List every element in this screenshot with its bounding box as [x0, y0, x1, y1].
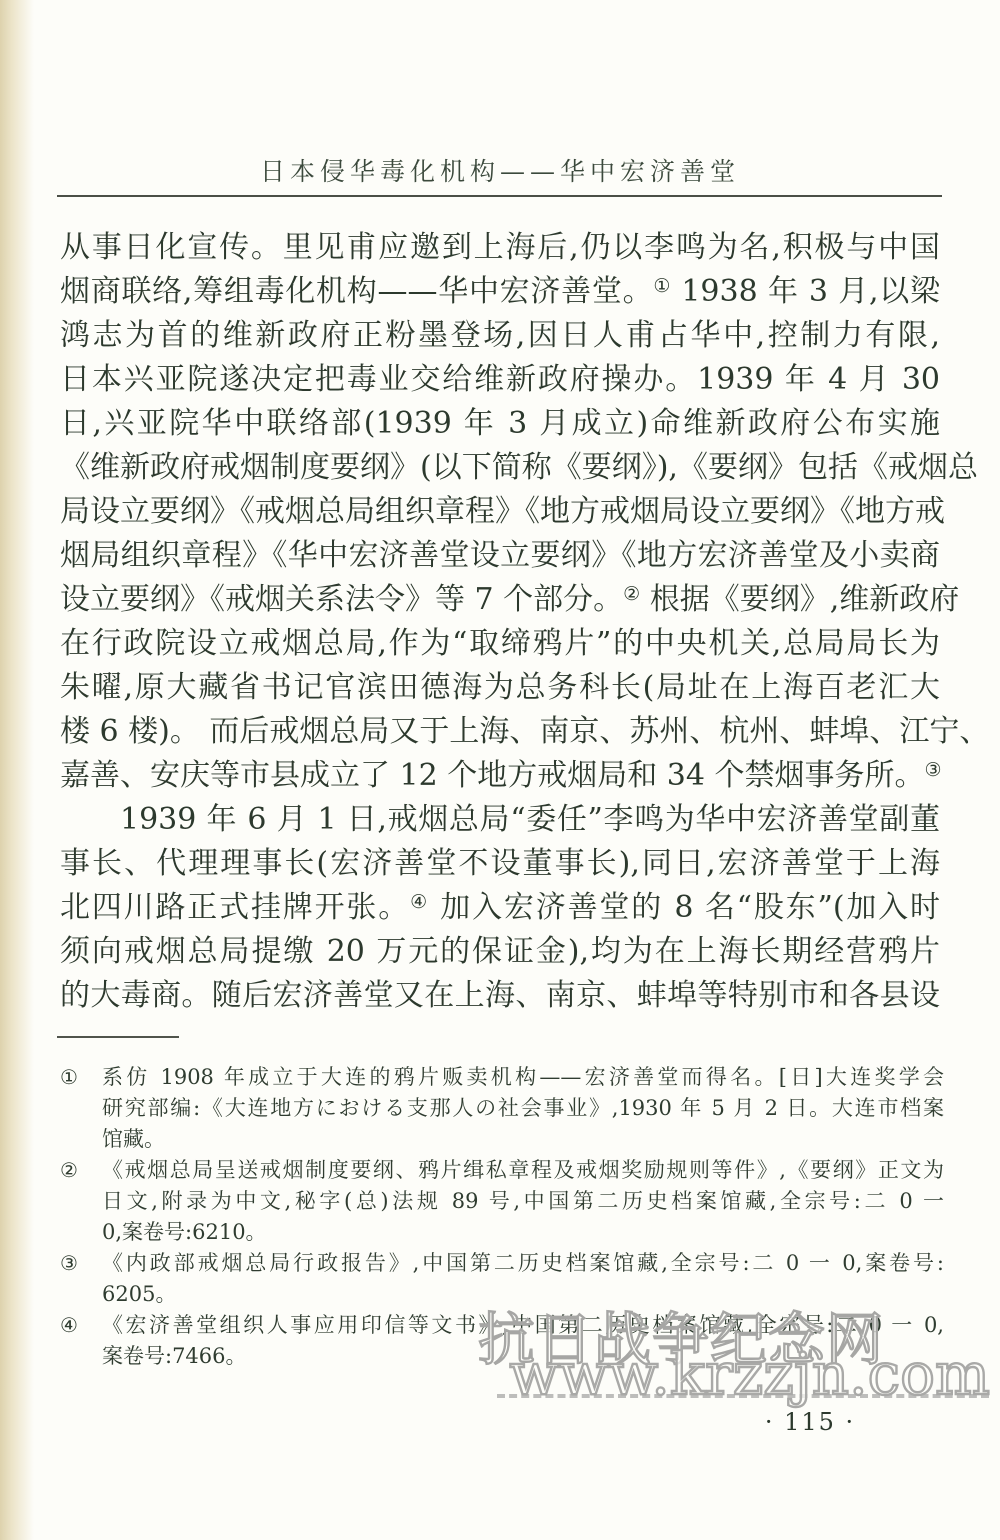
- footnote-line: 日文,附录为中文,秘字(总)法规 89 号,中国第二历史档案馆藏,全宗号:二 0…: [102, 1186, 944, 1217]
- footnote-line: 研究部编:《大连地方における支那人の社会事业》,1930 年 5 月 2 日。大…: [102, 1093, 944, 1124]
- footnote-marker: ②: [60, 1155, 90, 1186]
- header-rule-line: [57, 195, 942, 197]
- page-number: · 115 ·: [760, 1408, 860, 1436]
- footnote-marker: ④: [60, 1310, 90, 1341]
- body-line: 日,兴亚院华中联络部(1939 年 3 月成立)命维新政府公布实施: [60, 402, 940, 446]
- body-line: 的大毒商。随后宏济善堂又在上海、南京、蚌埠等特别市和各县设: [60, 974, 940, 1018]
- footnote-line: 《内政部戒烟总局行政报告》,中国第二历史档案馆藏,全宗号:二 0 一 0,案卷号…: [102, 1248, 944, 1279]
- body-line: 事长、代理理事长(宏济善堂不设董事长),同日,宏济善堂于上海: [60, 842, 940, 886]
- scan-edge-strip: [0, 0, 34, 1540]
- book-page: 日本侵华毒化机构——华中宏济善堂 从事日化宣传。里见甫应邀到上海后,仍以李鸣为名…: [0, 0, 1000, 1540]
- footnote-line: 馆藏。: [102, 1124, 944, 1155]
- footnote-ref-mark: ④: [410, 891, 429, 913]
- body-line: 局设立要纲》《戒烟总局组织章程》《地方戒烟局设立要纲》《地方戒: [60, 490, 940, 534]
- body-line: 须向戒烟总局提缴 20 万元的保证金),均为在上海长期经营鸦片: [60, 930, 940, 974]
- body-line: 在行政院设立戒烟总局,作为“取缔鸦片”的中央机关,总局局长为: [60, 622, 940, 666]
- footnote-line: 系仿 1908 年成立于大连的鸦片贩卖机构——宏济善堂而得名。[日]大连奖学会: [102, 1062, 944, 1093]
- footnote-ref-mark: ①: [653, 275, 671, 297]
- body-line: 1939 年 6 月 1 日,戒烟总局“委任”李鸣为华中宏济善堂副董: [60, 798, 940, 842]
- footnote-separator-line: [57, 1036, 179, 1038]
- footnote-marker: ③: [60, 1248, 90, 1279]
- body-line: 楼 6 楼)。 而后戒烟总局又于上海、南京、苏州、杭州、蚌埠、江宁、: [60, 710, 940, 754]
- footnote-ref-mark: ③: [925, 759, 942, 781]
- body-line: 设立要纲》《戒烟关系法令》等 7 个部分。② 根据《要纲》,维新政府: [60, 578, 940, 622]
- footnote-line: 《戒烟总局呈送戒烟制度要纲、鸦片缉私章程及戒烟奖励规则等件》,《要纲》正文为: [102, 1155, 944, 1186]
- footnote-marker: ①: [60, 1062, 90, 1093]
- footnote-line: 0,案卷号:6210。: [102, 1217, 944, 1248]
- body-line: 《维新政府戒烟制度要纲》(以下简称《要纲》),《要纲》包括《戒烟总: [60, 446, 940, 490]
- footnote-ref-mark: ②: [623, 583, 640, 605]
- running-header-title: 日本侵华毒化机构——华中宏济善堂: [60, 152, 940, 188]
- body-line: 鸿志为首的维新政府正粉墨登场,因日人甫占华中,控制力有限,: [60, 314, 940, 358]
- body-line: 从事日化宣传。里见甫应邀到上海后,仍以李鸣为名,积极与中国: [60, 226, 940, 270]
- body-line: 北四川路正式挂牌开张。④ 加入宏济善堂的 8 名“股东”(加入时: [60, 886, 940, 930]
- footnote: ②《戒烟总局呈送戒烟制度要纲、鸦片缉私章程及戒烟奖励规则等件》,《要纲》正文为日…: [60, 1155, 944, 1248]
- body-line: 嘉善、安庆等市县成立了 12 个地方戒烟局和 34 个禁烟事务所。③: [60, 754, 940, 798]
- body-line: 烟局组织章程》《华中宏济善堂设立要纲》《地方宏济善堂及小卖商: [60, 534, 940, 578]
- body-line: 烟商联络,筹组毒化机构——华中宏济善堂。① 1938 年 3 月,以梁: [60, 270, 940, 314]
- body-text-block: 从事日化宣传。里见甫应邀到上海后,仍以李鸣为名,积极与中国烟商联络,筹组毒化机构…: [60, 226, 940, 1018]
- body-line: 朱曜,原大藏省书记官滨田德海为总务科长(局址在上海百老汇大: [60, 666, 940, 710]
- watermark-site-url: www.krzzjn.com: [509, 1340, 990, 1408]
- body-line: 日本兴亚院遂决定把毒业交给维新政府操办。1939 年 4 月 30: [60, 358, 940, 402]
- footnote: ①系仿 1908 年成立于大连的鸦片贩卖机构——宏济善堂而得名。[日]大连奖学会…: [60, 1062, 944, 1155]
